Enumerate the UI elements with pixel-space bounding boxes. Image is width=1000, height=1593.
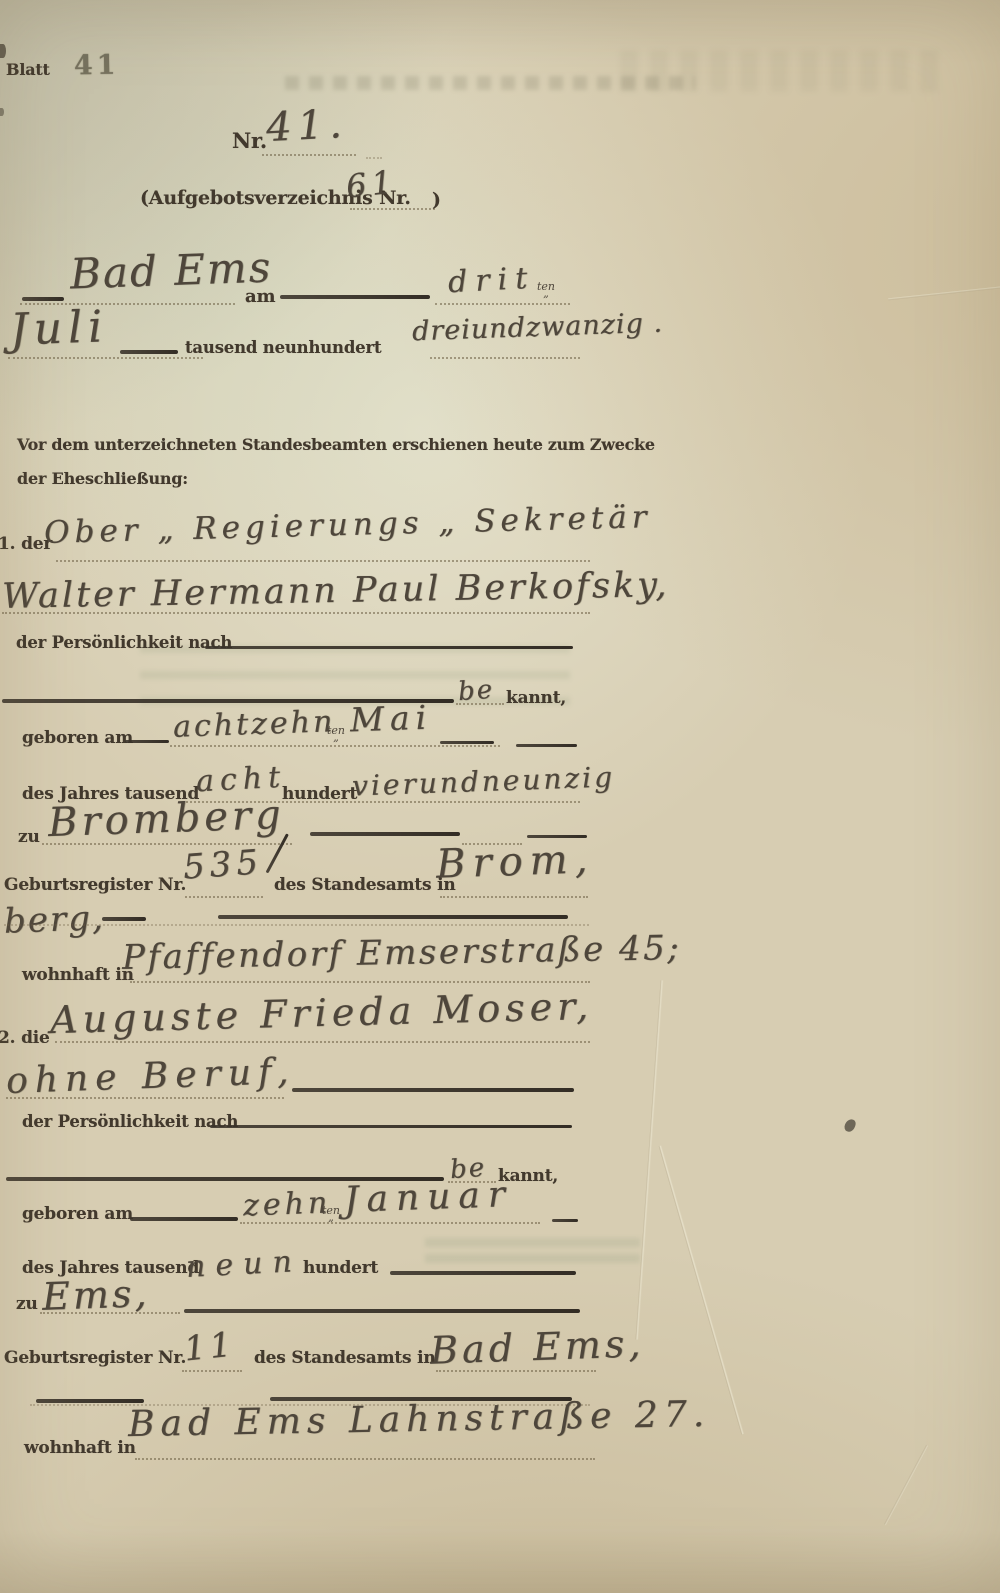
bride-identity-label: der Persönlichkeit nach	[22, 1114, 238, 1131]
bride-century-word: neun	[185, 1247, 302, 1283]
ink-fill-line	[205, 646, 573, 649]
dotted-rule	[436, 1370, 596, 1372]
am-label: am	[245, 288, 275, 306]
groom-residence: Pfaffendorf Emserstraße 45;	[122, 931, 682, 975]
bride-birth-day-word: zehn	[243, 1188, 332, 1221]
groom-office-label: des Standesamts in	[274, 877, 456, 894]
ink-speck	[0, 108, 4, 116]
dotted-rule	[185, 896, 263, 898]
record-number-label: Nr.	[232, 130, 267, 151]
ordinal-suffix-ten: ten „	[322, 1208, 340, 1221]
dotted-rule	[182, 1370, 242, 1372]
dotted-rule	[135, 1458, 595, 1460]
groom-kannt-label: kannt,	[506, 690, 566, 707]
ordinal-suffix-ten: ten „	[537, 284, 555, 297]
groom-register-label: Geburtsregister Nr.	[4, 877, 186, 894]
ink-fill-line	[310, 832, 460, 836]
ditto-mark: „	[543, 291, 549, 298]
bride-zu-label: zu	[16, 1296, 38, 1313]
bride-office-label: des Standesamts in	[254, 1350, 436, 1367]
dotted-rule	[55, 1041, 590, 1043]
ink-fill-line	[120, 350, 178, 354]
dotted-rule	[366, 157, 382, 159]
ink-fill-line	[218, 915, 568, 919]
ink-fill-line	[292, 1088, 574, 1092]
ink-fill-line	[516, 744, 577, 747]
bride-residence: Bad Ems Lahnstraße 27.	[128, 1397, 711, 1443]
paper-crease	[659, 1145, 745, 1434]
registry-form-page: Blatt 41 Nr. 41. (Aufgebotsverzeichnis N…	[0, 0, 1000, 1593]
bride-residence-label: wohnhaft in	[24, 1440, 136, 1457]
bleed-through-smudge	[620, 50, 950, 92]
groom-born-label: geboren am	[22, 730, 133, 747]
dotted-rule	[430, 357, 580, 359]
record-number-value: 41.	[265, 104, 349, 148]
dotted-rule	[350, 208, 435, 210]
ink-fill-line	[552, 1219, 578, 1222]
bride-name: Auguste Frieda Moser,	[50, 987, 594, 1039]
blatt-label: Blatt	[6, 62, 50, 78]
dotted-rule	[4, 924, 589, 926]
dotted-rule	[435, 303, 570, 305]
dotted-rule	[56, 560, 590, 562]
ink-fill-line	[36, 1399, 144, 1403]
dotted-rule	[440, 896, 588, 898]
bride-register-number: 11	[182, 1327, 237, 1366]
groom-birth-year-word: vierundneunzig	[352, 763, 616, 800]
bleed-through-smudge	[425, 1238, 640, 1266]
groom-identity-label: der Persönlichkeit nach	[16, 635, 232, 652]
bride-register-label: Geburtsregister Nr.	[4, 1350, 186, 1367]
groom-birth-month: Mai	[349, 701, 432, 737]
dateline-place: Bad Ems	[69, 246, 273, 295]
groom-be-word: be	[457, 677, 495, 705]
groom-residence-label: wohnhaft in	[22, 967, 134, 984]
aufgebot-number: 61	[344, 165, 398, 202]
groom-occupation: Ober „ Regierungs „ Sekretär	[44, 502, 652, 549]
dotted-rule	[170, 745, 500, 747]
groom-name: Walter Hermann Paul Berkofsky,	[2, 568, 670, 615]
dateline-year-word: dreiundzwanzig .	[412, 310, 664, 346]
groom-hundert-label: hundert	[282, 786, 357, 803]
ink-flourish-stroke	[266, 833, 289, 873]
bride-born-label: geboren am	[22, 1206, 133, 1223]
paper-crease	[635, 980, 663, 1339]
bleed-through-smudge	[285, 76, 695, 90]
dateline-month-word: Juli	[9, 305, 109, 352]
dotted-rule	[262, 154, 356, 156]
groom-register-number: 535	[182, 845, 264, 884]
intro-line-1: Vor dem unterzeichneten Standesbeamten e…	[17, 437, 655, 453]
ink-fill-line	[102, 917, 146, 921]
groom-birth-day-word: achtzehn	[173, 707, 336, 743]
dotted-rule	[2, 612, 590, 614]
ordinal-suffix-ten: ten „	[327, 728, 345, 741]
bride-birth-place: Ems,	[41, 1274, 150, 1316]
ink-fill-line	[390, 1271, 576, 1275]
ditto-mark: „	[328, 1215, 334, 1222]
dotted-rule	[8, 357, 203, 359]
ink-fill-line	[440, 741, 494, 744]
bride-index-label: 2. die	[0, 1030, 50, 1047]
aufgebot-close-paren: )	[432, 191, 441, 210]
tausend-neunhundert-label: tausend neunhundert	[185, 340, 381, 357]
ink-speck	[843, 1118, 857, 1134]
groom-office-place: Brom,	[435, 839, 595, 884]
paper-crease	[884, 1445, 928, 1525]
bride-office-place: Bad Ems,	[429, 1324, 645, 1369]
bride-hundert-label: hundert	[303, 1260, 378, 1277]
ink-fill-line	[130, 1217, 238, 1221]
bride-birth-month: Januar	[343, 1177, 513, 1219]
intro-line-2: der Eheschließung:	[17, 471, 188, 487]
ink-speck	[0, 44, 6, 58]
groom-zu-label: zu	[18, 829, 40, 846]
ink-fill-line	[280, 295, 430, 299]
dotted-rule	[240, 1222, 540, 1224]
ink-fill-line	[22, 297, 64, 301]
dotted-rule	[6, 1097, 284, 1099]
ditto-mark: „	[333, 735, 339, 742]
ink-fill-line	[125, 740, 169, 743]
groom-birth-place: Bromberg	[47, 795, 285, 843]
dotted-rule	[130, 981, 590, 983]
blatt-stamp: 41	[74, 50, 120, 82]
ink-fill-line	[210, 1125, 572, 1128]
dateline-day-word: drit	[447, 264, 536, 299]
ink-fill-line	[184, 1309, 580, 1313]
bride-occupation: ohne Beruf,	[5, 1054, 296, 1100]
groom-office-place-cont: berg,	[3, 901, 105, 938]
paper-crease	[888, 286, 1000, 301]
